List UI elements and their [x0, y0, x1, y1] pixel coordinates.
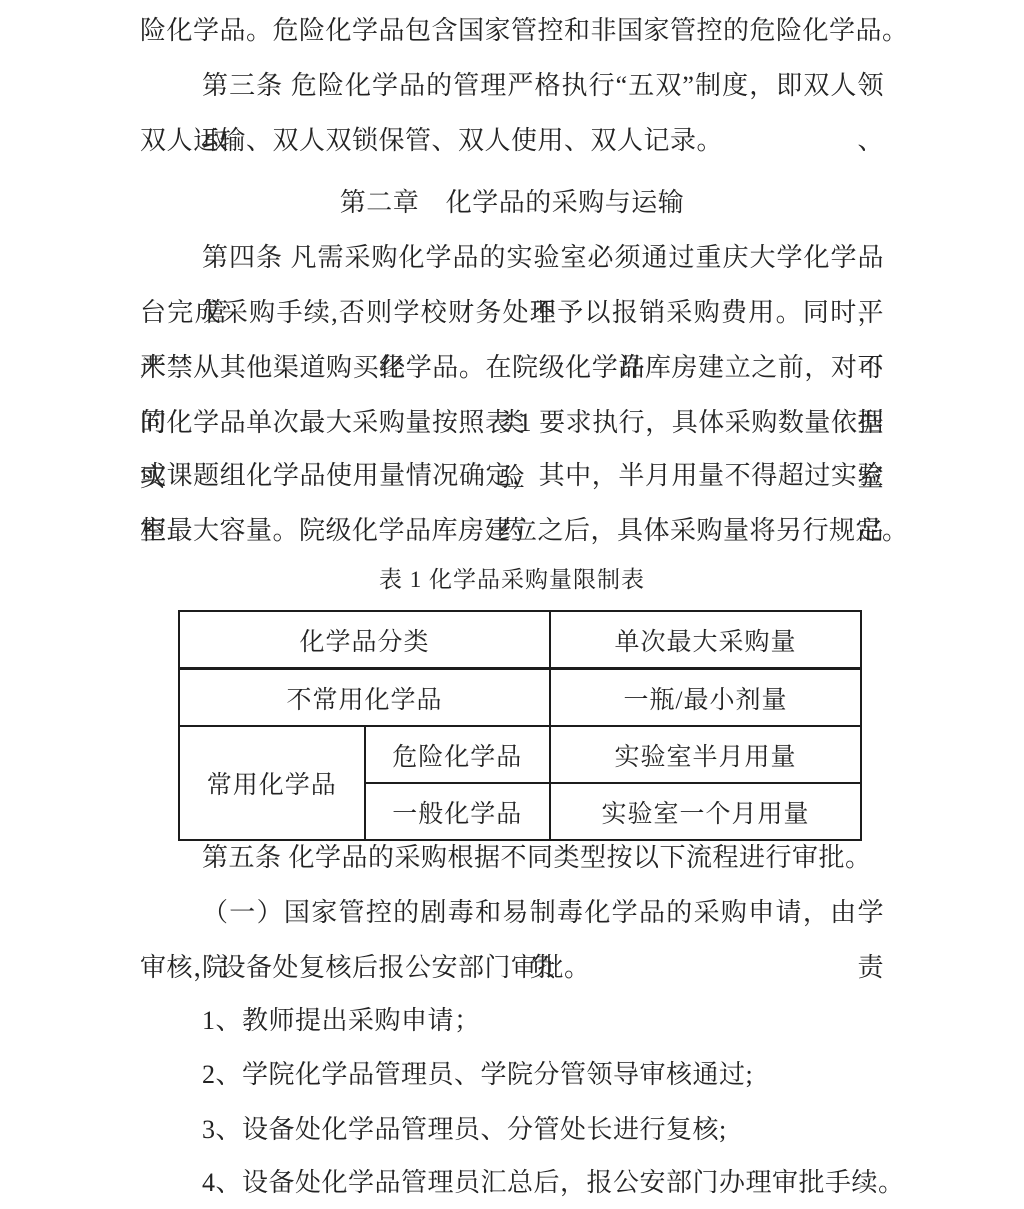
- approval-step-4: 4、设备处化学品管理员汇总后，报公安部门办理审批手续。: [140, 1155, 884, 1209]
- approval-step-3: 3、设备处化学品管理员、分管处长进行复核;: [140, 1102, 884, 1157]
- table-cell-common-chemicals-group: 常用化学品: [179, 726, 365, 840]
- article-4-line-1: 第四条 凡需采购化学品的实验室必须通过重庆大学化学品管理平: [140, 230, 884, 285]
- table-row: 不常用化学品 一瓶/最小剂量: [179, 669, 861, 727]
- paragraph-continuation-line: 险化学品。危险化学品包含国家管控和非国家管控的危险化学品。: [140, 3, 884, 58]
- article-4-line-3: 严禁从其他渠道购买化学品。在院级化学品库房建立之前，对不同类型: [140, 340, 884, 395]
- article-4-line-6: 柜最大容量。院级化学品库房建立之后，具体采购量将另行规定。: [140, 503, 884, 558]
- chapter-2-heading: 第二章 化学品的采购与运输: [140, 175, 884, 230]
- clause-1-line-1: （一）国家管控的剧毒和易制毒化学品的采购申请，由学院负责: [140, 885, 884, 940]
- document-page: 险化学品。危险化学品包含国家管控和非国家管控的危险化学品。 第三条 危险化学品的…: [0, 0, 1024, 1209]
- clause-1-line-2: 审核，设备处复核后报公安部门审批。: [140, 940, 884, 995]
- table-header-category: 化学品分类: [179, 611, 550, 669]
- approval-step-1: 1、教师提出采购申请；: [140, 993, 884, 1048]
- table-row: 常用化学品 危险化学品 实验室半月用量: [179, 726, 861, 783]
- table-header-max-purchase: 单次最大采购量: [550, 611, 861, 669]
- article-4-line-4: 的化学品单次最大采购量按照表 1 要求执行，具体采购数量依据实验室: [140, 395, 884, 450]
- article-3-line-2: 双人运输、双人双锁保管、双人使用、双人记录。: [140, 113, 884, 168]
- table-cell-uncommon-limit: 一瓶/最小剂量: [550, 669, 861, 727]
- table-cell-uncommon-chemicals: 不常用化学品: [179, 669, 550, 727]
- table-row: 化学品分类 单次最大采购量: [179, 611, 861, 669]
- article-4-line-5: 或课题组化学品使用量情况确定，其中，半月用量不得超过实验室药品: [140, 448, 884, 503]
- table-1-caption: 表 1 化学品采购量限制表: [140, 557, 884, 602]
- article-5-line-1: 第五条 化学品的采购根据不同类型按以下流程进行审批。: [140, 830, 884, 885]
- approval-step-2: 2、学院化学品管理员、学院分管领导审核通过;: [140, 1047, 884, 1102]
- article-4-line-2: 台完成采购手续,否则学校财务处不予以报销采购费用。同时，未经许可: [140, 285, 884, 340]
- article-3-line-1: 第三条 危险化学品的管理严格执行“五双”制度，即双人领取、: [140, 58, 884, 113]
- table-cell-hazardous-chemicals: 危险化学品: [365, 726, 551, 783]
- table-cell-hazardous-limit: 实验室半月用量: [550, 726, 861, 783]
- table-1-purchase-limits: 化学品分类 单次最大采购量 不常用化学品 一瓶/最小剂量 常用化学品 危险化学品…: [178, 610, 862, 841]
